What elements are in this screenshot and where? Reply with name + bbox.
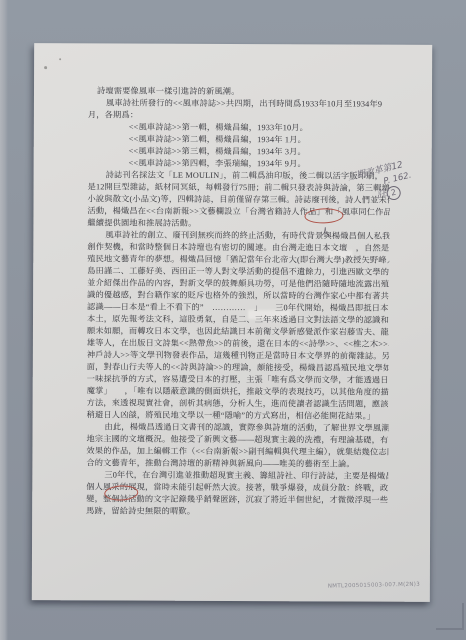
handwritten-correction: 人: [320, 223, 331, 239]
staple-mark: [44, 66, 47, 69]
staple-mark: [59, 58, 61, 60]
corner-mark: [436, 603, 464, 630]
circled-number: 2: [385, 185, 402, 202]
photo-mat-background: 詩壇需要像風車一樣引進詩的新風潮。風車詩社所發行的<<風車詩誌>>共四期，出刊時…: [0, 0, 466, 640]
document-page: 詩壇需要像風車一樣引進詩的新風潮。風車詩社所發行的<<風車詩誌>>共四期，出刊時…: [32, 43, 432, 602]
catalog-number: NMTL2005015003-007.M(2N)3: [328, 582, 420, 590]
text-block: 詩壇需要像風車一樣引進詩的新風潮。風車詩社所發行的<<風車詩誌>>共四期，出刊時…: [86, 85, 390, 518]
mat-edge-highlight: [0, 0, 8, 640]
text-line: 馬跡，留給詩史無限的喟歎。: [86, 505, 388, 518]
